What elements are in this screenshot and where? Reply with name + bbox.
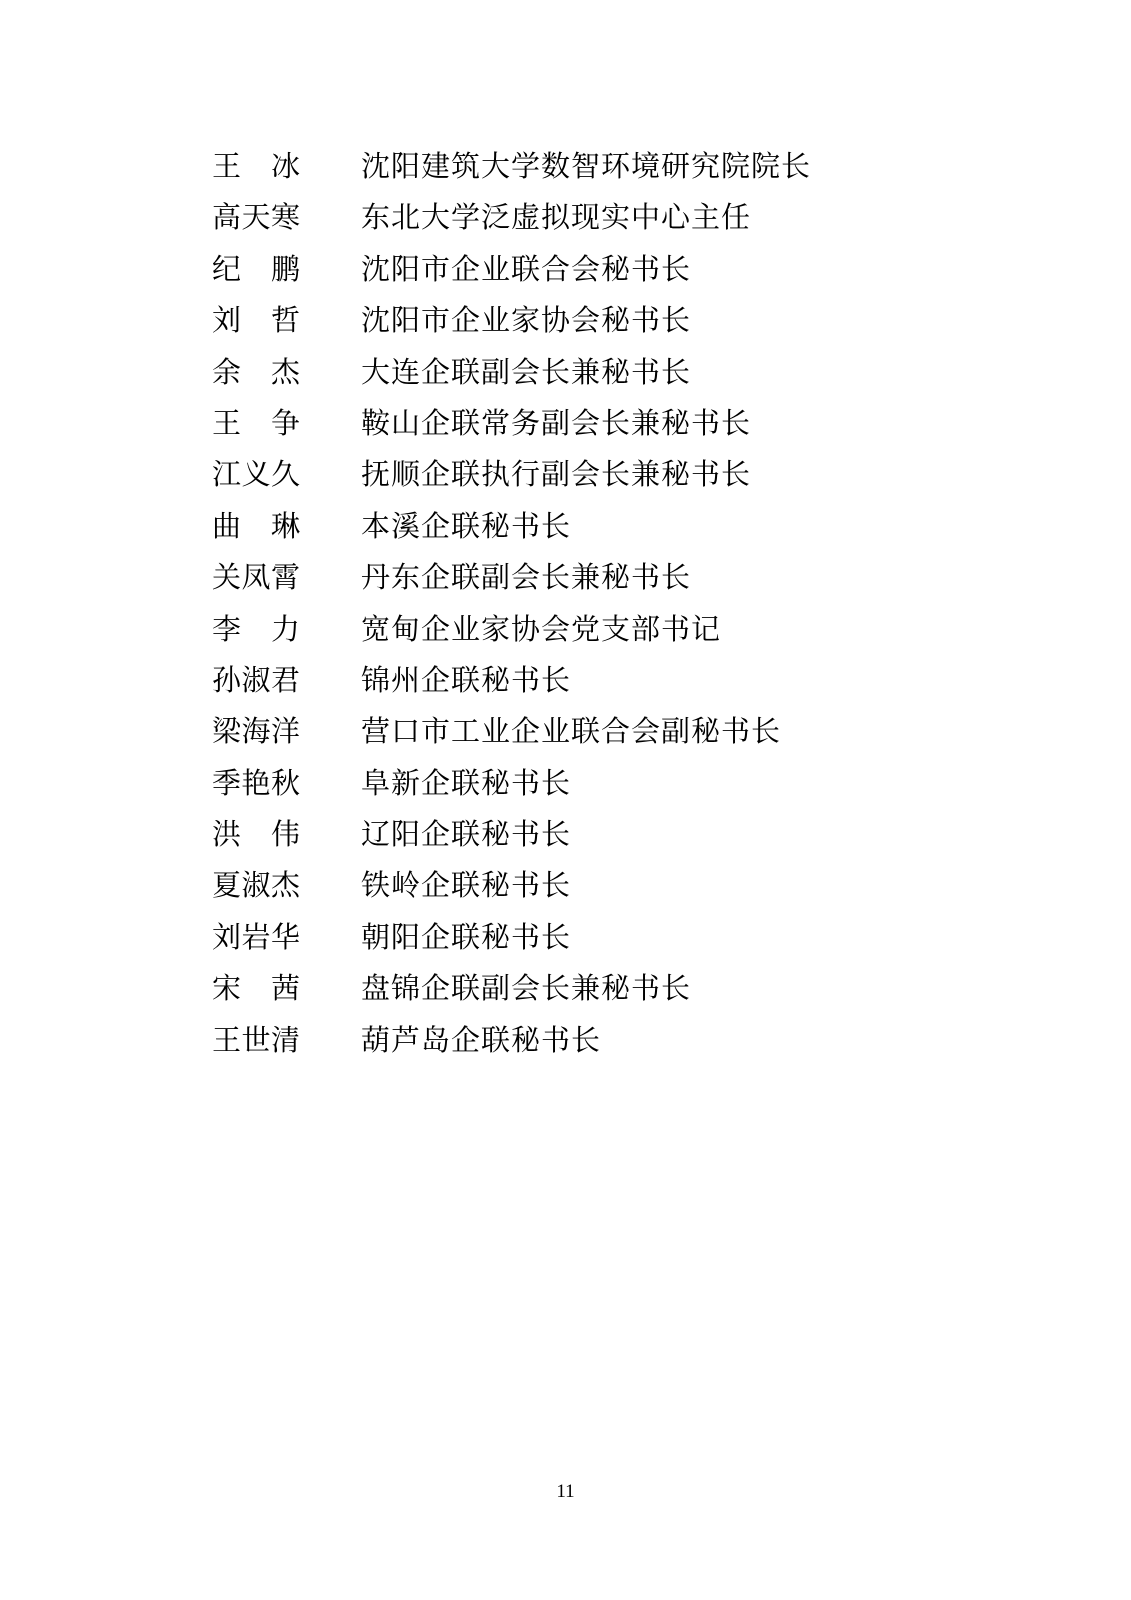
person-title: 朝阳企联秘书长: [361, 913, 571, 964]
roster-row: 刘 哲 沈阳市企业家协会秘书长: [212, 296, 972, 347]
roster-row: 王 冰 沈阳建筑大学数智环境研究院院长: [212, 142, 972, 193]
person-title: 宽甸企业家协会党支部书记: [361, 605, 721, 656]
person-title: 辽阳企联秘书长: [361, 810, 571, 861]
roster-row: 季艳秋 阜新企联秘书长: [212, 759, 972, 810]
person-name: 王世清: [212, 1016, 300, 1067]
roster-list: 王 冰 沈阳建筑大学数智环境研究院院长 高天寒 东北大学泛虚拟现实中心主任 纪 …: [212, 142, 972, 1067]
person-name: 季艳秋: [212, 759, 300, 810]
person-name: 宋 茜: [212, 964, 300, 1015]
roster-row: 纪 鹏 沈阳市企业联合会秘书长: [212, 245, 972, 296]
roster-row: 孙淑君 锦州企联秘书长: [212, 656, 972, 707]
roster-row: 宋 茜 盘锦企联副会长兼秘书长: [212, 964, 972, 1015]
person-name: 梁海洋: [212, 707, 300, 758]
person-name: 王 冰: [212, 142, 300, 193]
person-title: 阜新企联秘书长: [361, 759, 571, 810]
person-title: 葫芦岛企联秘书长: [361, 1016, 601, 1067]
roster-row: 王世清 葫芦岛企联秘书长: [212, 1016, 972, 1067]
document-page: 王 冰 沈阳建筑大学数智环境研究院院长 高天寒 东北大学泛虚拟现实中心主任 纪 …: [0, 0, 1131, 1600]
roster-row: 曲 琳 本溪企联秘书长: [212, 502, 972, 553]
person-name: 关凤霄: [212, 553, 300, 604]
roster-row: 刘岩华 朝阳企联秘书长: [212, 913, 972, 964]
person-name: 余 杰: [212, 348, 300, 399]
person-title: 鞍山企联常务副会长兼秘书长: [361, 399, 751, 450]
person-title: 盘锦企联副会长兼秘书长: [361, 964, 691, 1015]
person-title: 丹东企联副会长兼秘书长: [361, 553, 691, 604]
person-title: 大连企联副会长兼秘书长: [361, 348, 691, 399]
roster-row: 梁海洋 营口市工业企业联合会副秘书长: [212, 707, 972, 758]
person-name: 高天寒: [212, 193, 300, 244]
person-title: 营口市工业企业联合会副秘书长: [361, 707, 781, 758]
person-name: 纪 鹏: [212, 245, 300, 296]
person-name: 刘岩华: [212, 913, 300, 964]
person-title: 沈阳建筑大学数智环境研究院院长: [361, 142, 811, 193]
roster-row: 关凤霄 丹东企联副会长兼秘书长: [212, 553, 972, 604]
person-name: 刘 哲: [212, 296, 300, 347]
person-title: 东北大学泛虚拟现实中心主任: [361, 193, 751, 244]
person-title: 抚顺企联执行副会长兼秘书长: [361, 450, 751, 501]
roster-row: 余 杰 大连企联副会长兼秘书长: [212, 348, 972, 399]
roster-row: 江义久 抚顺企联执行副会长兼秘书长: [212, 450, 972, 501]
person-name: 江义久: [212, 450, 300, 501]
person-name: 曲 琳: [212, 502, 300, 553]
person-name: 孙淑君: [212, 656, 300, 707]
roster-row: 李 力 宽甸企业家协会党支部书记: [212, 605, 972, 656]
roster-row: 王 争 鞍山企联常务副会长兼秘书长: [212, 399, 972, 450]
page-number: 11: [0, 1479, 1131, 1505]
person-name: 夏淑杰: [212, 861, 300, 912]
person-title: 本溪企联秘书长: [361, 502, 571, 553]
person-name: 李 力: [212, 605, 300, 656]
person-title: 沈阳市企业联合会秘书长: [361, 245, 691, 296]
person-name: 王 争: [212, 399, 300, 450]
roster-row: 洪 伟 辽阳企联秘书长: [212, 810, 972, 861]
person-name: 洪 伟: [212, 810, 300, 861]
person-title: 锦州企联秘书长: [361, 656, 571, 707]
person-title: 沈阳市企业家协会秘书长: [361, 296, 691, 347]
roster-row: 夏淑杰 铁岭企联秘书长: [212, 861, 972, 912]
person-title: 铁岭企联秘书长: [361, 861, 571, 912]
roster-row: 高天寒 东北大学泛虚拟现实中心主任: [212, 193, 972, 244]
